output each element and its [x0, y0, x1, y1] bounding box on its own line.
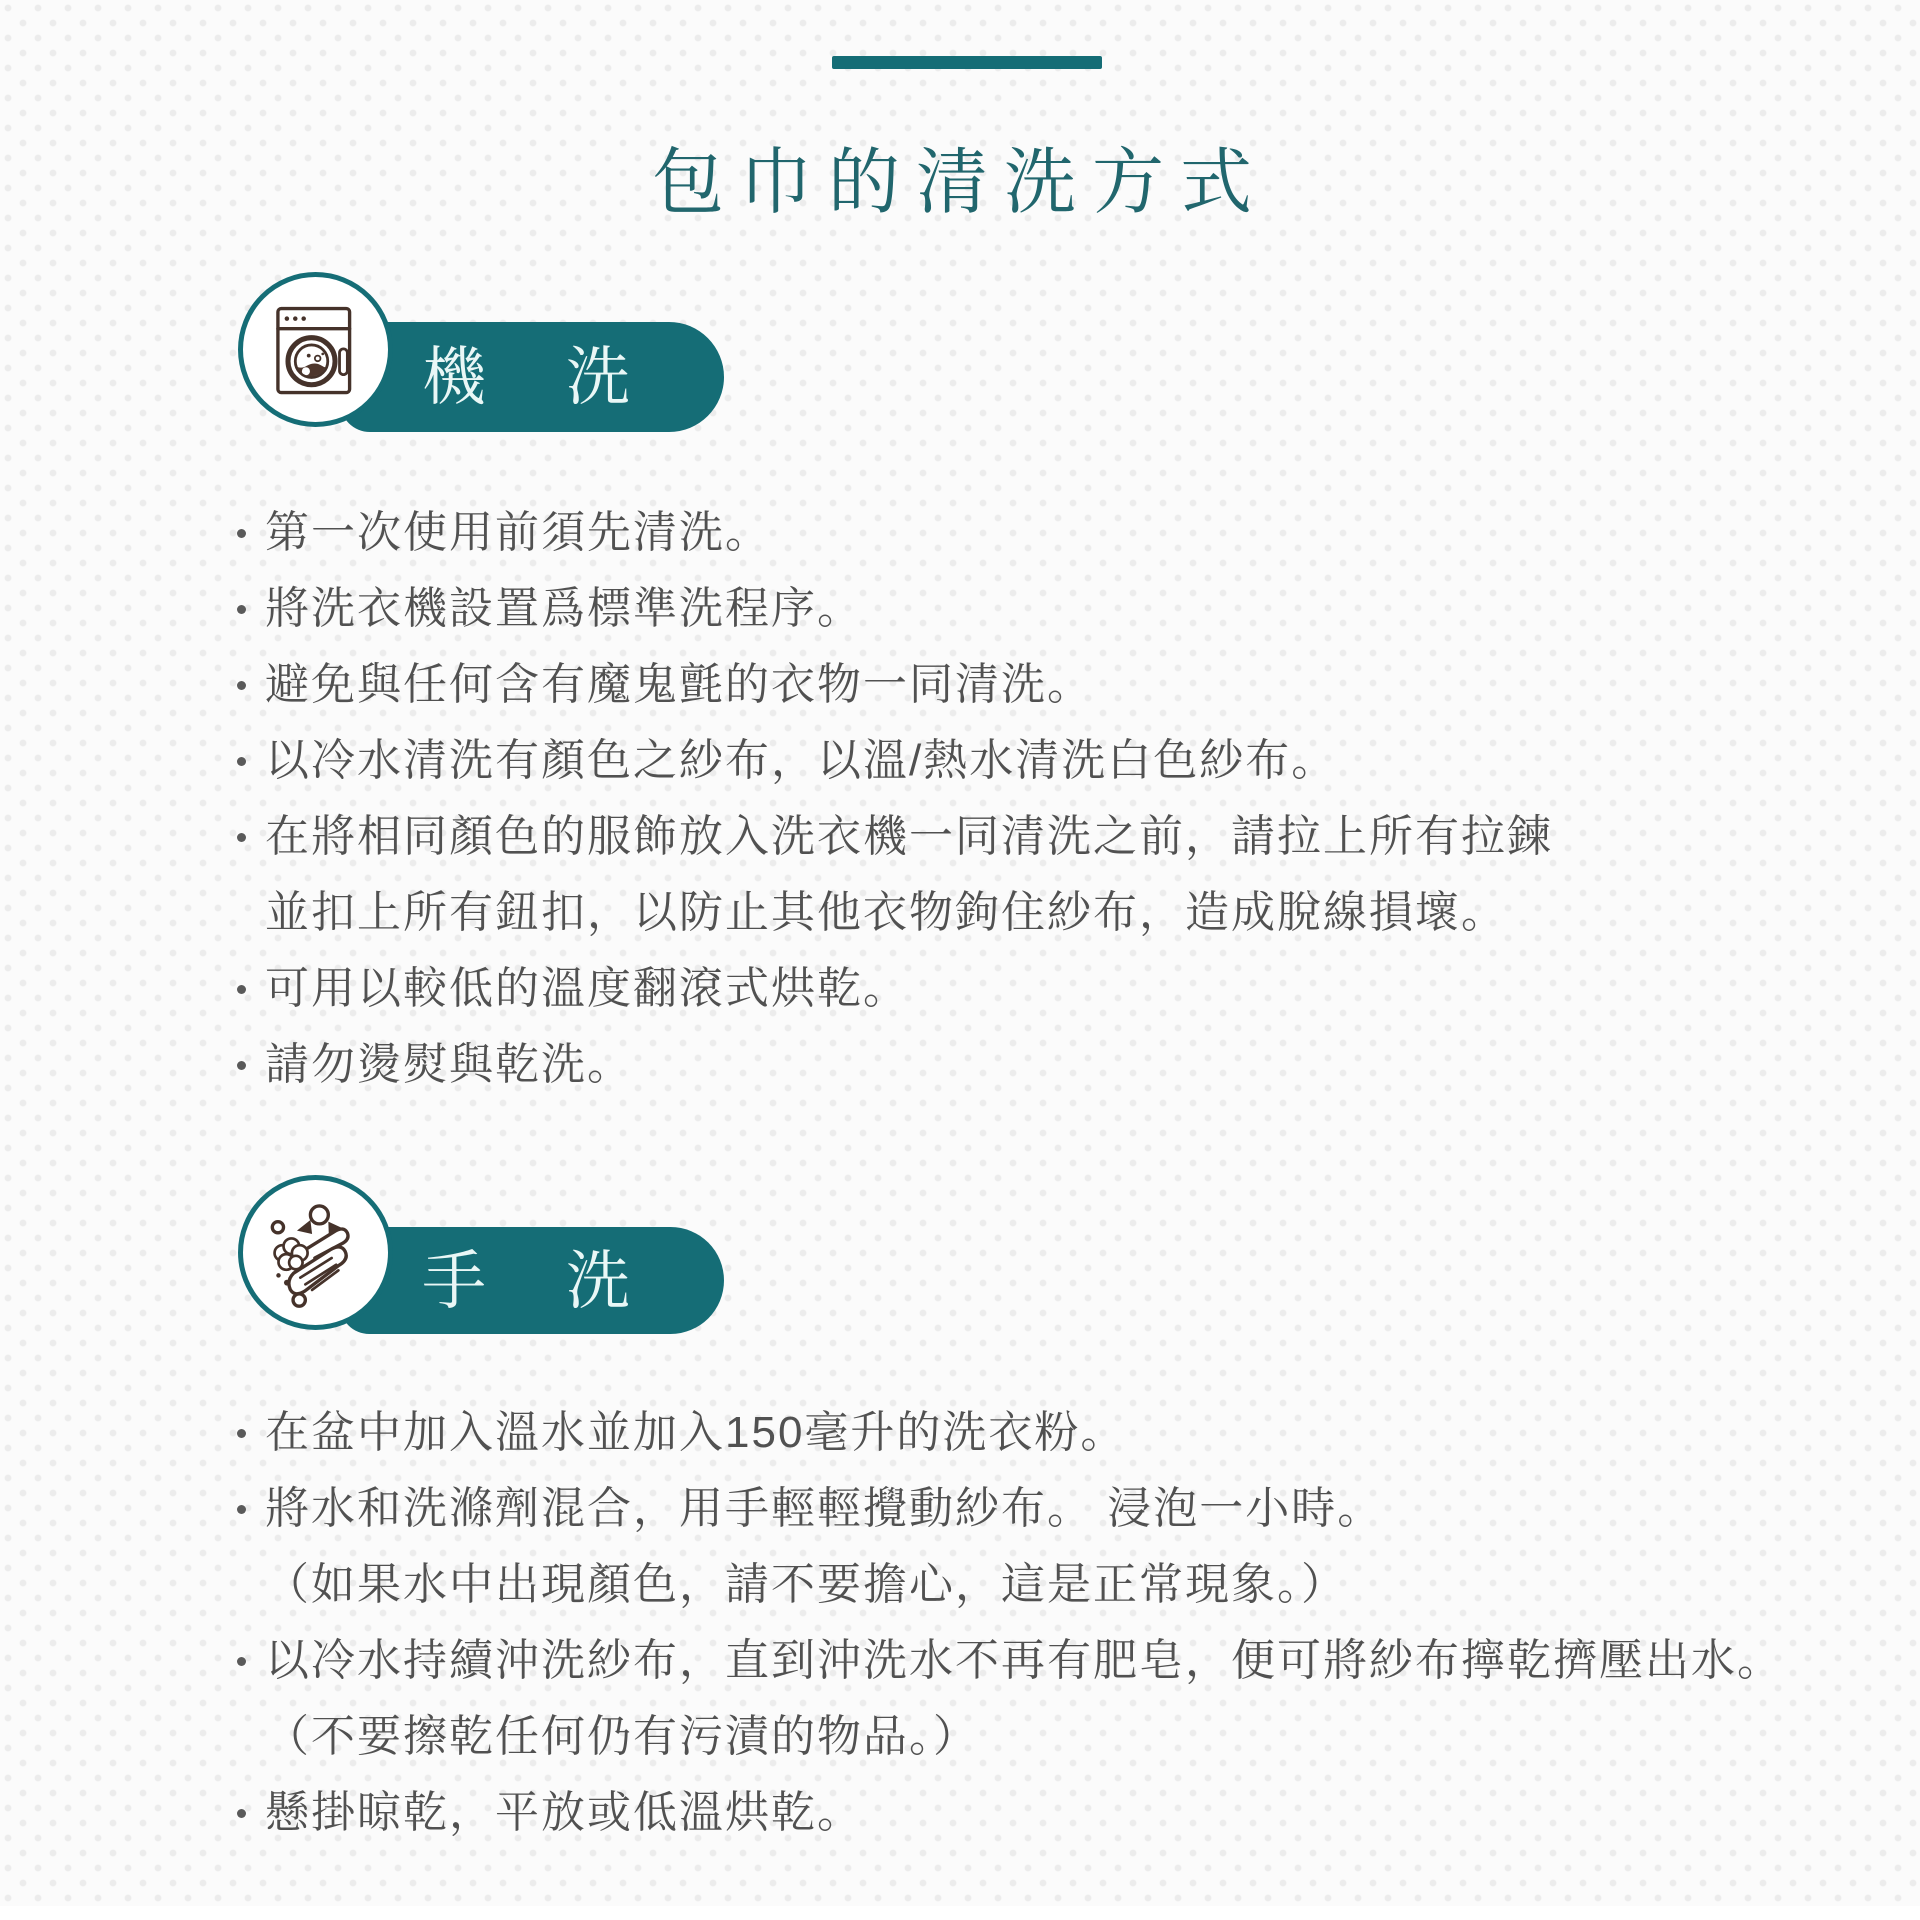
bullet-dot-icon: [237, 681, 246, 690]
machine-wash-badge: [238, 272, 393, 427]
hand-wash-icon: [260, 1197, 372, 1309]
machine-wash-list: 第一次使用前須先清洗。 將洗衣機設置爲標準洗程序。 避免與任何含有魔鬼氈的衣物一…: [237, 495, 1553, 1103]
list-item-text: 請勿燙熨與乾洗。: [265, 1043, 633, 1087]
list-item-continuation: 並扣上所有鈕扣，以防止其他衣物鉤住紗布，造成脫線損壞。: [237, 875, 1553, 951]
list-item-text: 並扣上所有鈕扣，以防止其他衣物鉤住紗布，造成脫線損壞。: [265, 891, 1507, 935]
list-item-text: 以冷水清洗有顏色之紗布，以溫/熱水清洗白色紗布。: [265, 739, 1337, 783]
list-item: 以冷水持續沖洗紗布，直到沖洗水不再有肥皂，便可將紗布擰乾擠壓出水。: [237, 1623, 1783, 1699]
bottom-margin: [0, 1906, 1920, 1920]
bullet-dot-icon: [237, 529, 246, 538]
list-item-text: 在盆中加入溫水並加入150毫升的洗衣粉。: [265, 1411, 1126, 1455]
hand-wash-banner-char-2: 洗: [566, 1249, 630, 1313]
machine-wash-banner-char-1: 機: [422, 345, 486, 409]
bullet-dot-icon: [237, 1429, 246, 1438]
title-accent-dash: [832, 56, 1102, 69]
list-item: 在盆中加入溫水並加入150毫升的洗衣粉。: [237, 1395, 1783, 1471]
list-item: 請勿燙熨與乾洗。: [237, 1027, 1553, 1103]
list-item-text: （不要擦乾任何仍有污漬的物品。）: [265, 1715, 979, 1759]
machine-wash-banner: 機 洗: [340, 322, 724, 432]
list-item-text: 可用以較低的溫度翻滾式烘乾。: [265, 967, 909, 1011]
washing-machine-icon: [260, 294, 372, 406]
list-item-text: 以冷水持續沖洗紗布，直到沖洗水不再有肥皂，便可將紗布擰乾擠壓出水。: [265, 1639, 1783, 1683]
list-item: 將水和洗滌劑混合，用手輕輕攪動紗布。 浸泡一小時。: [237, 1471, 1783, 1547]
list-item-text: 將水和洗滌劑混合，用手輕輕攪動紗布。 浸泡一小時。: [265, 1487, 1383, 1531]
list-item: 以冷水清洗有顏色之紗布，以溫/熱水清洗白色紗布。: [237, 723, 1553, 799]
list-item-text: 將洗衣機設置爲標準洗程序。: [265, 587, 863, 631]
bullet-dot-icon: [237, 757, 246, 766]
care-instructions-page: 包巾的清洗方式 機 洗: [0, 0, 1920, 1920]
list-item: 在將相同顏色的服飾放入洗衣機一同清洗之前，請拉上所有拉鍊: [237, 799, 1553, 875]
hand-wash-badge: [238, 1175, 393, 1330]
list-item: 將洗衣機設置爲標準洗程序。: [237, 571, 1553, 647]
list-item-continuation: （不要擦乾任何仍有污漬的物品。）: [237, 1699, 1783, 1775]
bullet-dot-icon: [237, 1657, 246, 1666]
list-item: 懸掛晾乾，平放或低溫烘乾。: [237, 1775, 1783, 1851]
bullet-dot-icon: [237, 605, 246, 614]
list-item-continuation: （如果水中出現顏色，請不要擔心，這是正常現象。）: [237, 1547, 1783, 1623]
list-item: 可用以較低的溫度翻滾式烘乾。: [237, 951, 1553, 1027]
bullet-dot-icon: [237, 1809, 246, 1818]
list-item-text: 避免與任何含有魔鬼氈的衣物一同清洗。: [265, 663, 1093, 707]
list-item: 第一次使用前須先清洗。: [237, 495, 1553, 571]
hand-wash-banner-char-1: 手: [422, 1249, 486, 1313]
bullet-dot-icon: [237, 1505, 246, 1514]
bullet-dot-icon: [237, 833, 246, 842]
page-title: 包巾的清洗方式: [0, 140, 1920, 226]
list-item-text: 懸掛晾乾，平放或低溫烘乾。: [265, 1791, 863, 1835]
list-item-text: 在將相同顏色的服飾放入洗衣機一同清洗之前，請拉上所有拉鍊: [265, 815, 1553, 859]
bullet-dot-icon: [237, 1061, 246, 1070]
list-item: 避免與任何含有魔鬼氈的衣物一同清洗。: [237, 647, 1553, 723]
hand-wash-banner: 手 洗: [340, 1227, 724, 1334]
bullet-dot-icon: [237, 985, 246, 994]
list-item-text: 第一次使用前須先清洗。: [265, 511, 771, 555]
machine-wash-banner-char-2: 洗: [566, 345, 630, 409]
list-item-text: （如果水中出現顏色，請不要擔心，這是正常現象。）: [265, 1563, 1347, 1607]
hand-wash-list: 在盆中加入溫水並加入150毫升的洗衣粉。 將水和洗滌劑混合，用手輕輕攪動紗布。 …: [237, 1395, 1783, 1851]
